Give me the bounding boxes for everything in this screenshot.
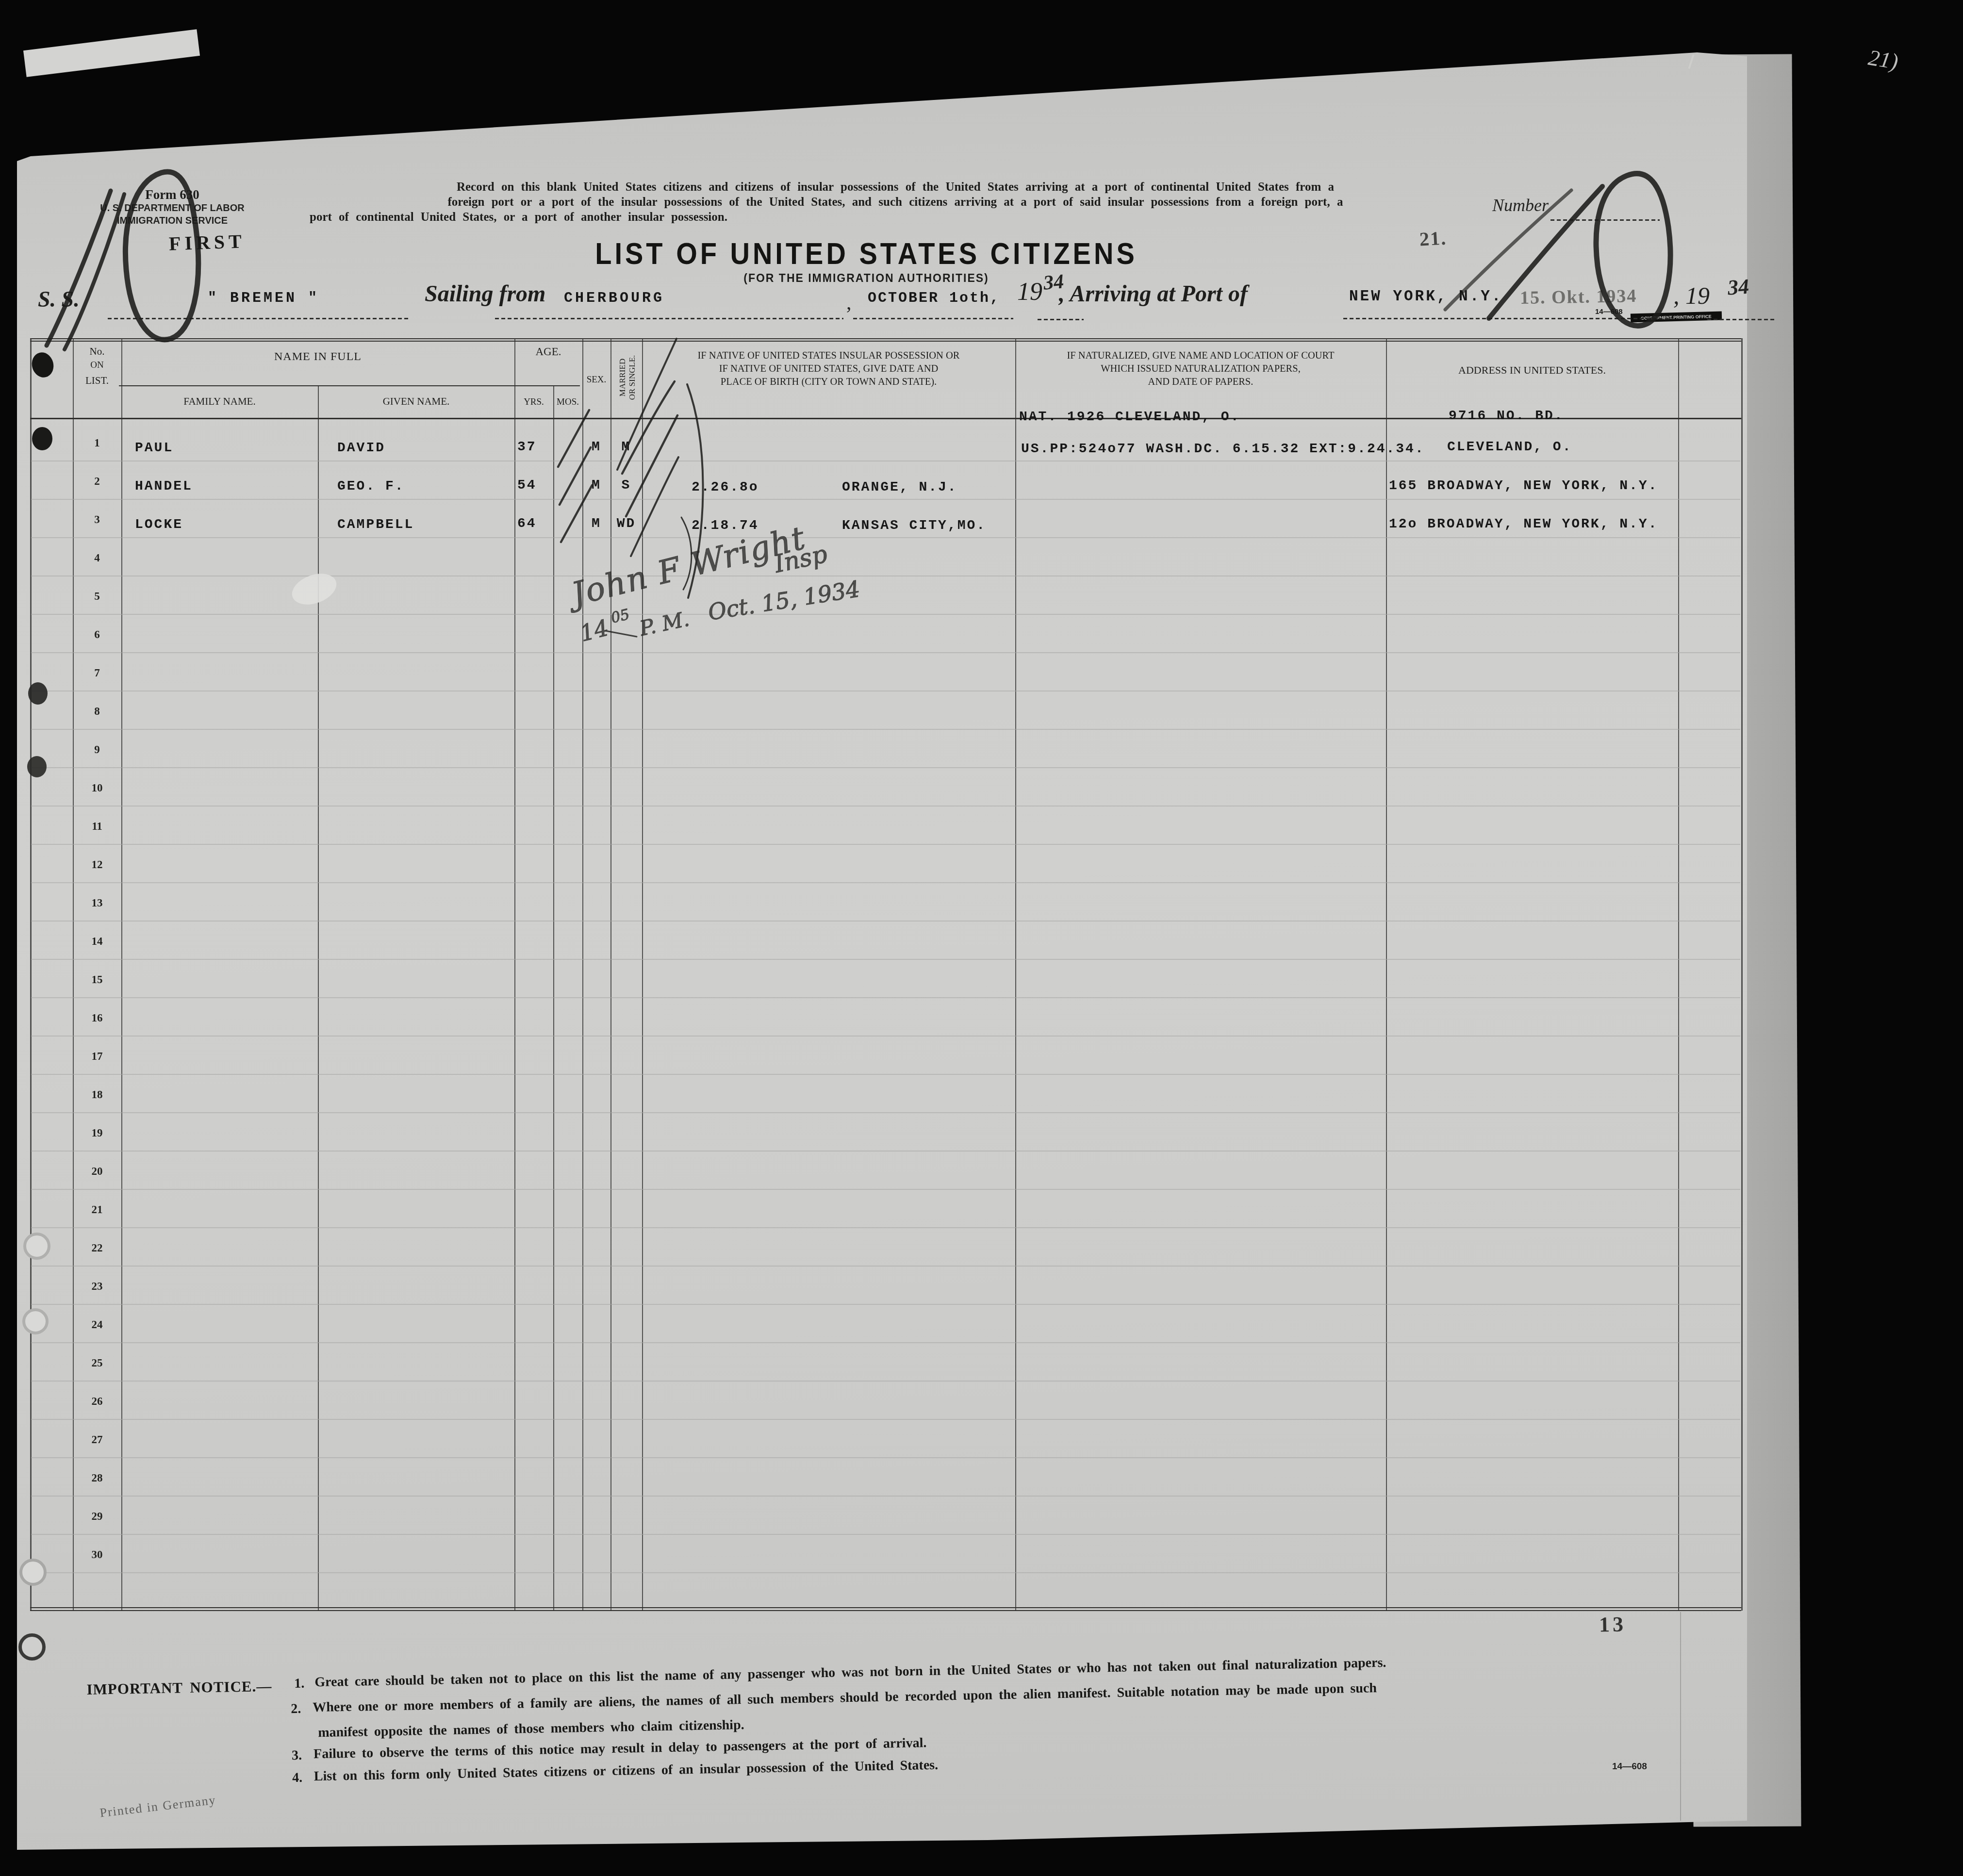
date-note: Oct. 15, 1934: [706, 576, 862, 625]
time-underline: [606, 631, 637, 637]
handwriting-overlay: John F Wright Insp 14 05 P. M. Oct. 15, …: [0, 0, 1963, 1876]
scanned-manifest: { "scan": { "corner_note": "21)", "page_…: [0, 0, 1963, 1876]
inspector-endorsement: John F Wright Insp 14 05 P. M. Oct. 15, …: [562, 519, 862, 646]
meridiem-note: P. M.: [637, 607, 692, 641]
big-number-10-left: [47, 172, 198, 349]
big-number-10-right: [1445, 174, 1670, 326]
time-note-superscript: 05: [609, 606, 631, 627]
